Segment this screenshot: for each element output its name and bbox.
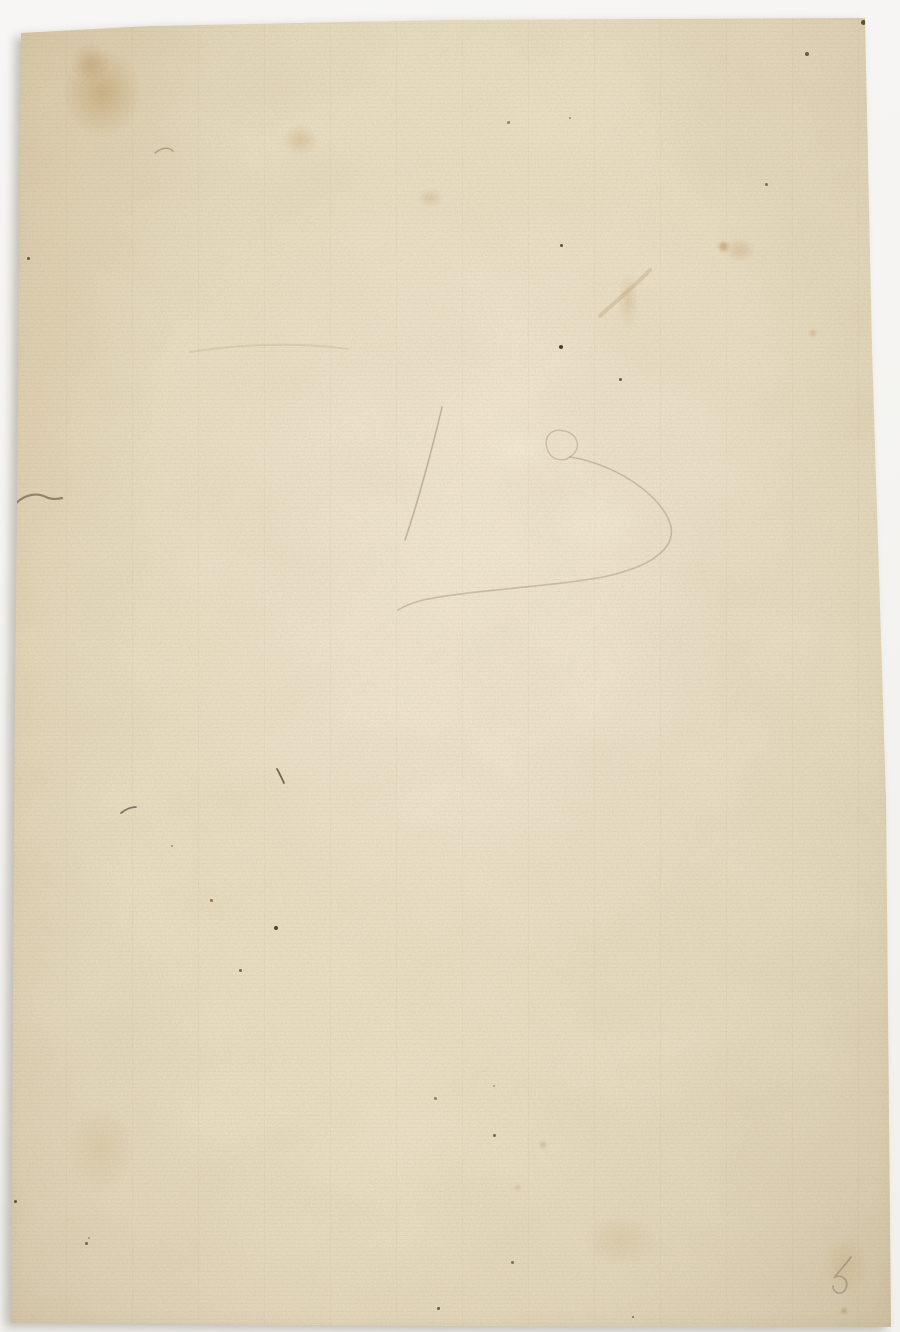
faint-small-loop [546, 430, 577, 460]
paper-stain [54, 1088, 146, 1212]
foxing-spot [239, 969, 242, 972]
paper-stain [530, 468, 670, 572]
fiber-fleck-left [121, 807, 136, 813]
faint-top-scratch [190, 345, 348, 352]
foxing-spot [171, 845, 173, 847]
paper-stain [412, 184, 448, 212]
foxing-spot [27, 257, 30, 260]
paper-stain [274, 118, 326, 162]
foxing-spot [515, 1185, 520, 1190]
foxing-spot [765, 183, 768, 186]
foxing-spot [719, 242, 728, 251]
paper-stain [48, 31, 158, 155]
paper-stain [472, 416, 568, 484]
stain-layer [0, 0, 900, 1332]
foxing-spot [507, 121, 510, 124]
paper-sheet-shadow [0, 0, 900, 1332]
laid-paper-texture [0, 0, 900, 1332]
foxing-spot [810, 330, 816, 336]
edge-vignette [0, 0, 900, 1332]
pencil-marks-layer [0, 0, 900, 1332]
foxing-spot [560, 244, 563, 247]
paper-stain [813, 1223, 877, 1307]
foxing-spot [434, 1097, 437, 1100]
fiber-fleck-top [155, 148, 173, 153]
paper-stain [62, 36, 118, 88]
paper-stain [138, 548, 262, 732]
foxing-spot [540, 1142, 546, 1148]
paper-stain [568, 1204, 672, 1276]
foxing-spot [493, 1134, 496, 1137]
foxing-spot [85, 1242, 88, 1245]
paper-grain-texture [0, 0, 900, 1332]
paper-stain [718, 233, 762, 267]
brown-streak [600, 270, 650, 316]
foxing-spot [805, 52, 809, 56]
foxing-spot [88, 1237, 90, 1239]
foxing-spot [559, 345, 563, 349]
foxing-spot [274, 926, 278, 930]
foxing-spot [493, 1085, 495, 1087]
foxing-spot [861, 20, 866, 25]
foxing-spot [210, 899, 213, 902]
foxing-spots-layer [0, 0, 900, 1332]
foxing-spot [569, 117, 571, 119]
foxing-spot [619, 378, 622, 381]
foxing-spot [14, 1200, 17, 1203]
faint-large-curve [398, 457, 671, 610]
foxing-spot [437, 1307, 440, 1310]
left-edge-crease [16, 495, 62, 503]
paper-sheet [0, 0, 900, 1332]
foxing-spot [632, 1316, 634, 1318]
foxing-spot [511, 1261, 514, 1264]
foxing-spot [842, 1309, 846, 1313]
paper-stain [614, 258, 642, 342]
fiber-fleck-middle [277, 769, 284, 783]
graphite-squiggle [833, 1257, 851, 1293]
photo-canvas [0, 0, 900, 1332]
faint-diagonal-line [405, 407, 442, 540]
